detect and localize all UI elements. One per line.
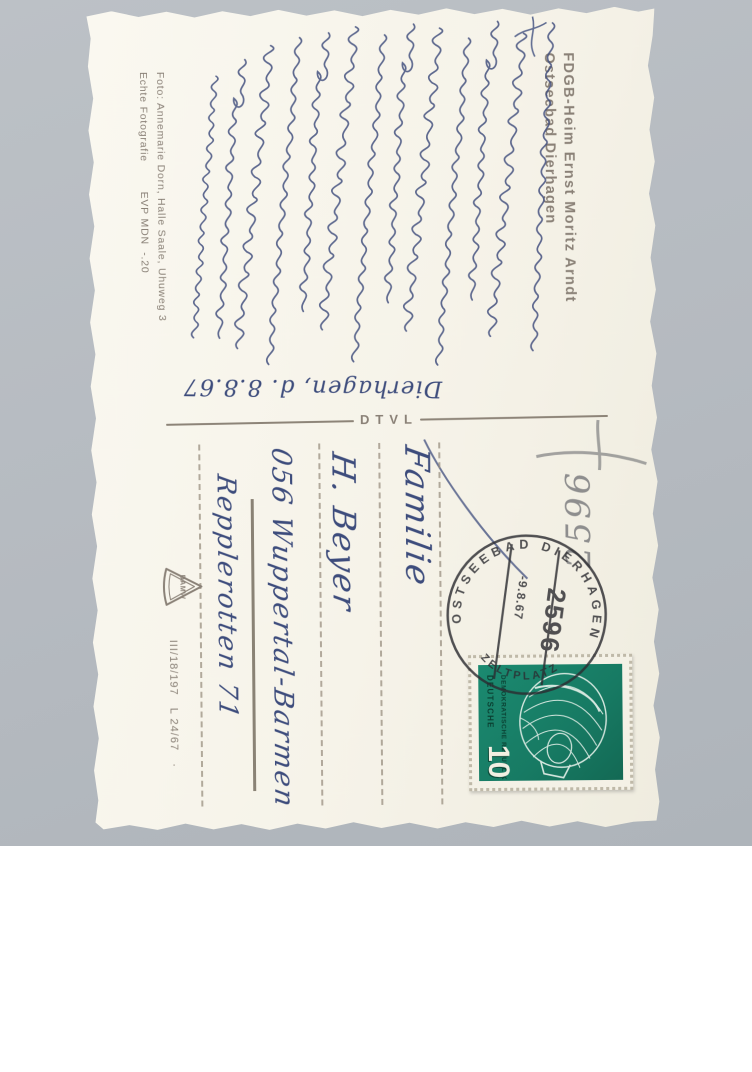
address-recipient-name: H. Beyer	[324, 450, 363, 615]
svg-text:DAMW: DAMW	[178, 575, 185, 600]
address-line-3	[318, 443, 323, 805]
pen-corner-marks	[514, 16, 546, 56]
address-line-2	[378, 443, 383, 805]
address-city: 056 Wuppertal-Barmen	[265, 445, 299, 810]
postmark-date: -9.8.67	[511, 575, 531, 621]
divider-line-right	[420, 415, 608, 421]
address-line-4	[198, 445, 203, 807]
print-order-code: III/18/197 L 24/67 ·	[167, 640, 180, 768]
photo-credit-line1: Foto: Annemarie Dorn, Halle Saale, Uhuwe…	[154, 72, 168, 322]
message-date-line: Dierhagen, d. 8.8.67	[162, 353, 462, 402]
address-recipient-family: Familie	[396, 443, 437, 590]
stamp-country-line1: DEUTSCHE	[485, 675, 494, 729]
postmark-code: 2596	[534, 586, 572, 655]
postage-stamp: DEUTSCHE DEMOKRATISCHE REPUBLIK 10	[468, 654, 633, 791]
divider-line-left	[166, 420, 354, 426]
postcard-back: FDGB-Heim Ernst Moritz Arndt Ostseebad D…	[86, 6, 661, 835]
address-street: Repplerotten 71	[210, 472, 242, 721]
publisher-caption-line1: FDGB-Heim Ernst Moritz Arndt	[560, 52, 578, 303]
publisher-caption-line2: Ostseebad Dierhagen	[541, 52, 558, 224]
stamp-denomination: 10	[481, 745, 515, 779]
photo-of-postcard: FDGB-Heim Ernst Moritz Arndt Ostseebad D…	[0, 0, 752, 1072]
photo-credit-line2: Echte Fotografie EVP MDN -.20	[137, 72, 151, 274]
divider-label: DTVL	[360, 412, 418, 428]
pencil-strokes	[536, 420, 646, 471]
stamp-green-panel: DEUTSCHE DEMOKRATISCHE REPUBLIK 10	[478, 664, 623, 781]
city-underline	[251, 499, 256, 791]
address-line-1	[438, 442, 443, 804]
pencil-code-note: 2596	[558, 470, 599, 569]
